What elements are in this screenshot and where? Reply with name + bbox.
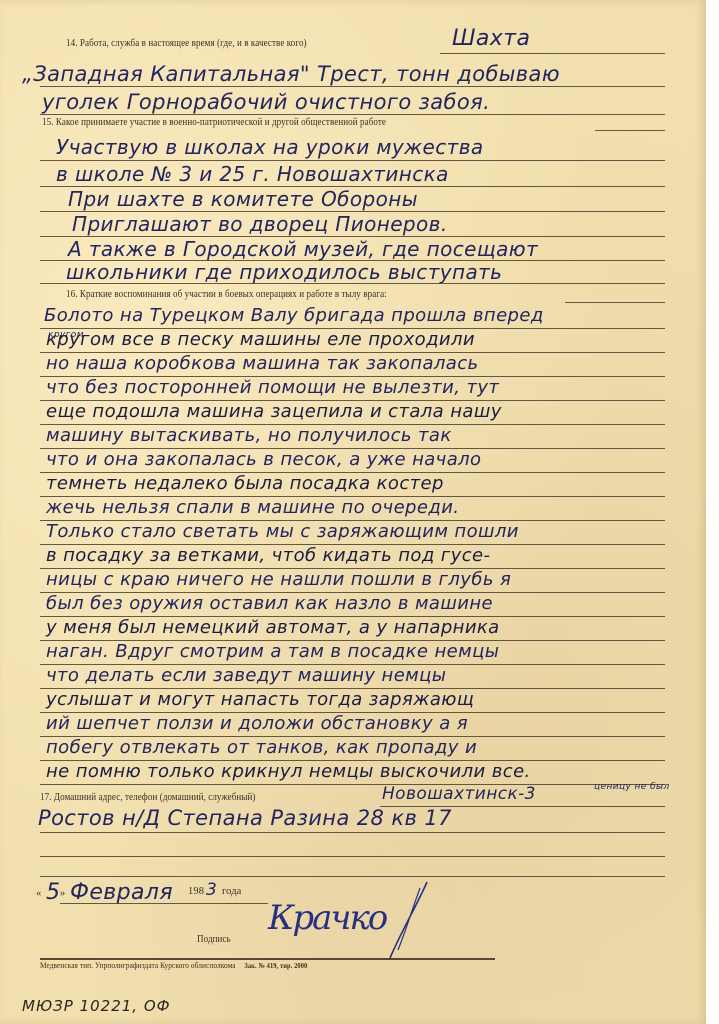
q15-rule-0 [595, 130, 665, 131]
q16-answer-line: что без посторонней помощи не вылезти, т… [46, 377, 499, 398]
q17-answer-line-1: Новошахтинск-3 [382, 784, 536, 804]
date-year-printed: 198 [188, 886, 204, 897]
q17-label: 17. Домашний адрес, телефон (домашний, с… [40, 792, 255, 803]
q17-rule-4 [40, 876, 665, 877]
q16-answer-line: не помню только крикнул немцы выскочили … [46, 761, 531, 782]
q16-answer-line: Только стало светать мы с заряжающим пош… [46, 521, 519, 542]
q14-rule-3 [40, 114, 665, 115]
q16-answer-line: но наша коробкова машина так закопалась [46, 353, 479, 374]
q16-answer-line: Болото на Турецком Валу бригада прошла в… [44, 305, 544, 326]
q15-answer-line-1: Участвую в школах на уроки мужества [56, 135, 484, 159]
signature: Крачко [268, 898, 386, 938]
date-close-quote: » [60, 888, 65, 899]
q15-answer-line-6: школьники где приходилось выступать [66, 260, 502, 284]
q16-answer-line: у меня был немецкий автомат, а у напарни… [46, 617, 500, 638]
date-month: Февраля [70, 880, 173, 905]
q15-label: 15. Какое принимаете участие в военно-па… [42, 117, 386, 128]
date-year-handwritten: 3 [206, 880, 217, 900]
q14-answer-line-2: „Западная Капитальная" Трест, тонн добыв… [22, 62, 560, 86]
date-year-suffix: года [222, 886, 241, 897]
q16-answer-line: наган. Вдруг смотрим а там в посадке нем… [46, 641, 499, 662]
imprint: Медвенская тип. Упрполиграфиздата Курско… [40, 960, 307, 970]
q16-answer-line: побегу отвлекать от танков, как пропаду … [46, 737, 477, 758]
q16-answer-line: жечь нельзя спали в машине по очереди. [46, 497, 459, 518]
q16-answer-line: в посадку за ветками, чтоб кидать под гу… [46, 545, 490, 566]
imprint-order: Зак. № 419, тир. 2000 [244, 961, 307, 970]
date-day: 5 [46, 880, 60, 905]
q16-rule-0 [565, 302, 665, 303]
date-open-quote: « [36, 888, 41, 899]
q14-label: 14. Работа, служба в настоящее время (гд… [66, 38, 307, 49]
q15-answer-line-4: Приглашают во дворец Пионеров. [72, 212, 448, 236]
imprint-text: Медвенская тип. Упрполиграфиздата Курско… [40, 960, 236, 970]
document-page: 14. Работа, служба в настоящее время (гд… [0, 0, 706, 1024]
q16-answer-line: ий шепчет ползи и доложи обстановку а я [46, 713, 468, 734]
q14-rule-2 [40, 86, 665, 87]
q16-answer-line: темнеть недалеко была посадка костер [46, 473, 444, 494]
q17-rule-3 [40, 856, 665, 857]
q15-answer-line-5: А также в Городской музей, где посещают [68, 237, 538, 261]
signature-label: Подпись [197, 934, 231, 945]
q15-answer-line-3: При шахте в комитете Обороны [68, 187, 418, 211]
q16-continuation: ценицу не был [594, 782, 670, 792]
q16-rule [40, 784, 665, 785]
q15-rule-1 [40, 160, 665, 161]
q15-rule-6 [40, 283, 665, 284]
q16-answer-line: ницы с краю ничего не нашли пошли в глуб… [46, 569, 511, 590]
archive-mark: МЮЗР 10221, ОФ [22, 997, 171, 1015]
q16-answer-line: что делать если заведут машину немцы [46, 665, 446, 686]
date-line: « 5 » Февраля 198 3 года [36, 880, 276, 904]
q14-answer-line-1: Шахта [452, 26, 530, 51]
date-rule [60, 903, 268, 904]
q16-label: 16. Краткие воспоминания об участии в бо… [66, 289, 387, 300]
q14-answer-line-3: уголек Горнорабочий очистного забоя. [42, 90, 490, 114]
q16-answer-line: машину вытаскивать, но получилось так [46, 425, 452, 446]
q17-rule-2 [40, 832, 665, 833]
signature-flourish [372, 880, 432, 960]
q14-rule-1 [440, 53, 665, 54]
q17-answer-line-2: Ростов н/Д Степана Разина 28 кв 17 [38, 806, 452, 830]
scan-edge [706, 0, 719, 1024]
q16-answer-line: еще подошла машина зацепила и стала нашу [46, 401, 502, 422]
q16-answer-line: кругом все в песку машины еле проходили [46, 329, 475, 350]
q16-answer-line: что и она закопалась в песок, а уже нача… [46, 449, 481, 470]
q16-answer-line: был без оружия оставил как назло в машин… [46, 593, 493, 614]
q15-answer-line-2: в школе № 3 и 25 г. Новошахтинска [56, 162, 449, 186]
q16-answer-line: услышат и могут напасть тогда заряжающ [46, 689, 474, 710]
